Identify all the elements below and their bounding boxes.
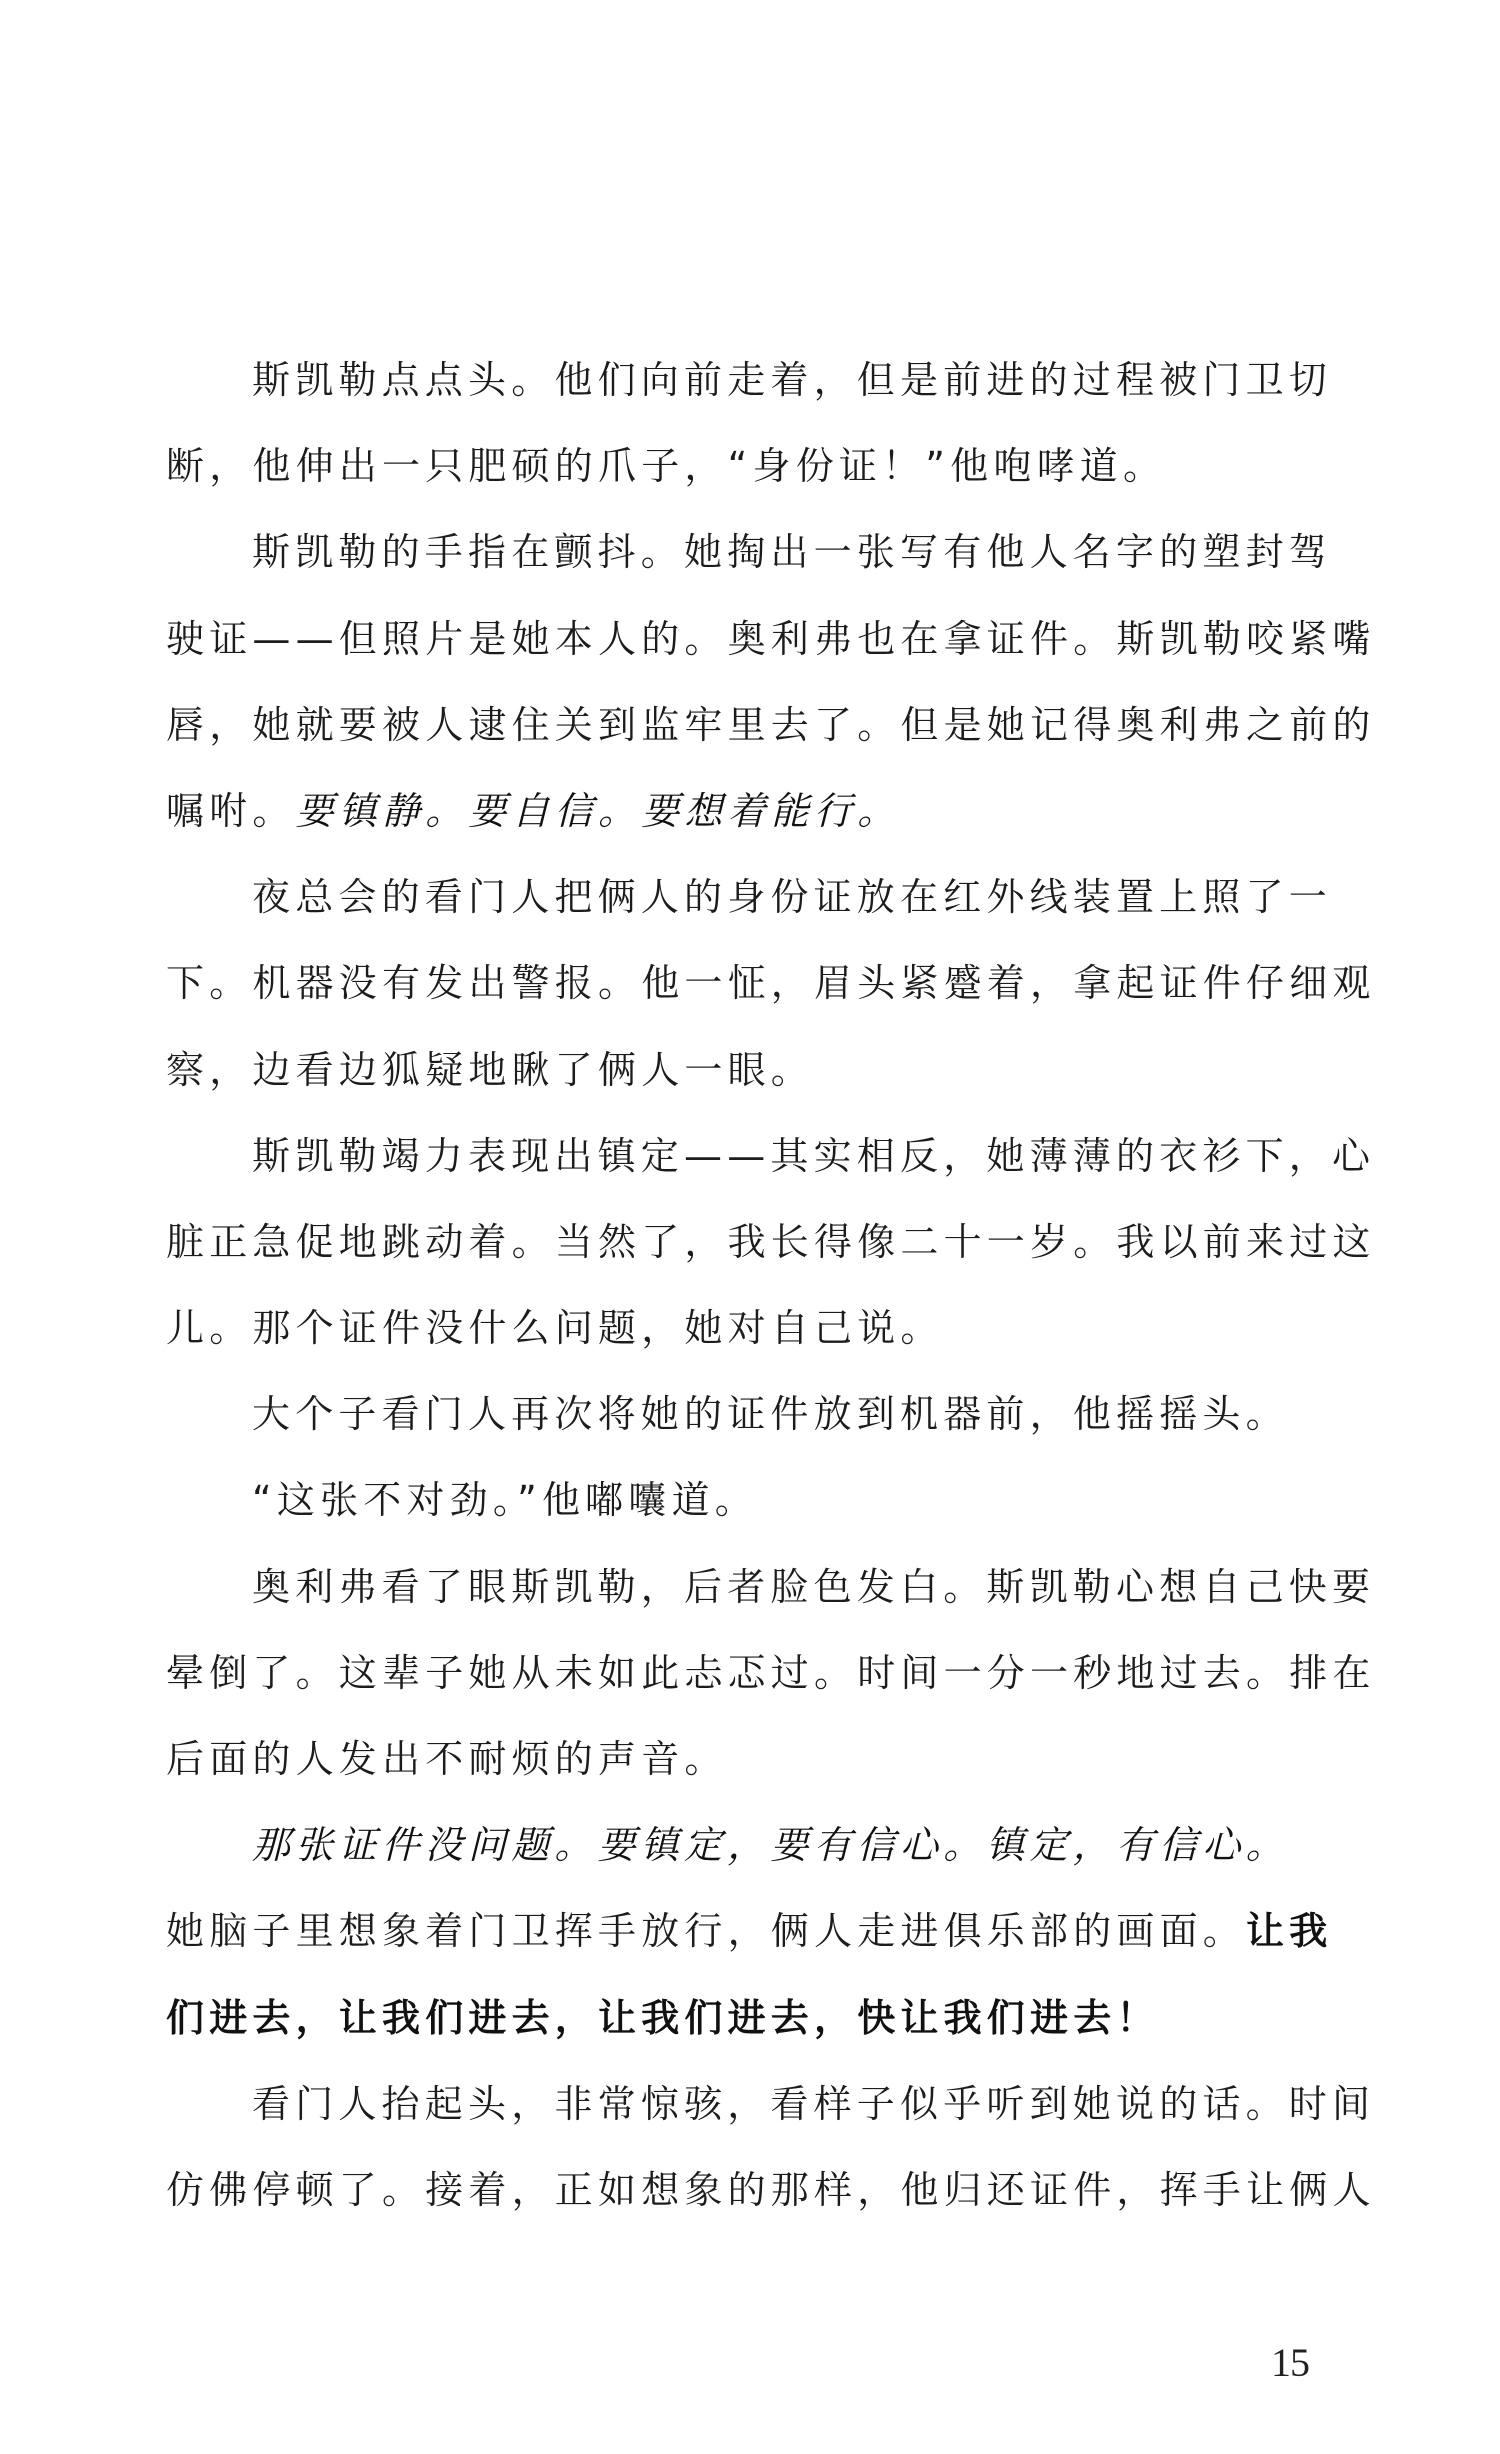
text-run: “这张不对劲。”他嘟囔道。 — [252, 1478, 758, 1522]
bold-emphasis-run: 们进去，让我们进去，让我们进去，快让我们进去！ — [166, 1996, 1160, 2040]
text-run: 脏正急促地跳动着。当然了，我长得像二十一岁。我以前来过这 — [166, 1220, 1376, 1264]
text-run: 仿佛停顿了。接着，正如想象的那样，他归还证件，挥手让俩人 — [166, 2168, 1376, 2212]
text-line: 嘱咐。要镇静。要自信。要想着能行。 — [166, 783, 1316, 869]
text-run: 儿。那个证件没什么问题，她对自己说。 — [166, 1306, 944, 1350]
bold-emphasis-run: 让我 — [1246, 1909, 1332, 1953]
text-line: 下。机器没有发出警报。他一怔，眉头紧蹙着，拿起证件仔细观 — [166, 955, 1316, 1041]
text-line: 斯凯勒点点头。他们向前走着，但是前进的过程被门卫切 — [166, 352, 1316, 438]
text-run: 断，他伸出一只肥硕的爪子，“身份证！”他咆哮道。 — [166, 444, 1166, 488]
text-line: 后面的人发出不耐烦的声音。 — [166, 1731, 1316, 1817]
italic-thought-run: 那张证件没问题。要镇定，要有信心。镇定，有信心。 — [252, 1823, 1289, 1867]
text-line: 儿。那个证件没什么问题，她对自己说。 — [166, 1300, 1316, 1386]
text-run: 斯凯勒竭力表现出镇定——其实相反，她薄薄的衣衫下，心 — [252, 1134, 1375, 1178]
body-text: 斯凯勒点点头。他们向前走着，但是前进的过程被门卫切 断，他伸出一只肥硕的爪子，“… — [166, 352, 1316, 2248]
text-run: 唇，她就要被人逮住关到监牢里去了。但是她记得奥利弗之前的 — [166, 703, 1376, 747]
text-run: 下。机器没有发出警报。他一怔，眉头紧蹙着，拿起证件仔细观 — [166, 961, 1376, 1005]
text-run: 斯凯勒点点头。他们向前走着，但是前进的过程被门卫切 — [252, 358, 1332, 402]
text-line: 晕倒了。这辈子她从未如此忐忑过。时间一分一秒地过去。排在 — [166, 1645, 1316, 1731]
text-line: 察，边看边狐疑地瞅了俩人一眼。 — [166, 1042, 1316, 1128]
text-run: 她脑子里想象着门卫挥手放行，俩人走进俱乐部的画面。 — [166, 1909, 1246, 1953]
book-page: 斯凯勒点点头。他们向前走着，但是前进的过程被门卫切 断，他伸出一只肥硕的爪子，“… — [0, 0, 1500, 2454]
text-line: 夜总会的看门人把俩人的身份证放在红外线装置上照了一 — [166, 869, 1316, 955]
text-line: 仿佛停顿了。接着，正如想象的那样，他归还证件，挥手让俩人 — [166, 2162, 1316, 2248]
text-run: 察，边看边狐疑地瞅了俩人一眼。 — [166, 1048, 814, 1092]
text-run: 大个子看门人再次将她的证件放到机器前，他摇摇头。 — [252, 1392, 1289, 1436]
text-line: 断，他伸出一只肥硕的爪子，“身份证！”他咆哮道。 — [166, 438, 1316, 524]
text-line: 看门人抬起头，非常惊骇，看样子似乎听到她说的话。时间 — [166, 2076, 1316, 2162]
text-line: 那张证件没问题。要镇定，要有信心。镇定，有信心。 — [166, 1817, 1316, 1903]
text-run: 夜总会的看门人把俩人的身份证放在红外线装置上照了一 — [252, 875, 1332, 919]
italic-thought-run: 要镇静。要自信。要想着能行。 — [296, 789, 901, 833]
text-line: 大个子看门人再次将她的证件放到机器前，他摇摇头。 — [166, 1386, 1316, 1472]
text-line: 斯凯勒竭力表现出镇定——其实相反，她薄薄的衣衫下，心 — [166, 1128, 1316, 1214]
text-run: 驶证——但照片是她本人的。奥利弗也在拿证件。斯凯勒咬紧嘴 — [166, 617, 1376, 661]
text-run: 奥利弗看了眼斯凯勒，后者脸色发白。斯凯勒心想自己快要 — [252, 1565, 1375, 1609]
text-line: 奥利弗看了眼斯凯勒，后者脸色发白。斯凯勒心想自己快要 — [166, 1559, 1316, 1645]
text-line: 们进去，让我们进去，让我们进去，快让我们进去！ — [166, 1990, 1316, 2076]
text-line: 斯凯勒的手指在颤抖。她掏出一张写有他人名字的塑封驾 — [166, 524, 1316, 610]
text-line: “这张不对劲。”他嘟囔道。 — [166, 1472, 1316, 1558]
text-line: 唇，她就要被人逮住关到监牢里去了。但是她记得奥利弗之前的 — [166, 697, 1316, 783]
text-line: 她脑子里想象着门卫挥手放行，俩人走进俱乐部的画面。让我 — [166, 1903, 1316, 1989]
text-run: 看门人抬起头，非常惊骇，看样子似乎听到她说的话。时间 — [252, 2082, 1375, 2126]
text-line: 脏正急促地跳动着。当然了，我长得像二十一岁。我以前来过这 — [166, 1214, 1316, 1300]
text-line: 驶证——但照片是她本人的。奥利弗也在拿证件。斯凯勒咬紧嘴 — [166, 611, 1316, 697]
page-number: 15 — [1271, 2339, 1309, 2386]
text-run: 嘱咐。 — [166, 789, 296, 833]
text-run: 斯凯勒的手指在颤抖。她掏出一张写有他人名字的塑封驾 — [252, 530, 1332, 574]
text-run: 晕倒了。这辈子她从未如此忐忑过。时间一分一秒地过去。排在 — [166, 1651, 1376, 1695]
text-run: 后面的人发出不耐烦的声音。 — [166, 1737, 728, 1781]
